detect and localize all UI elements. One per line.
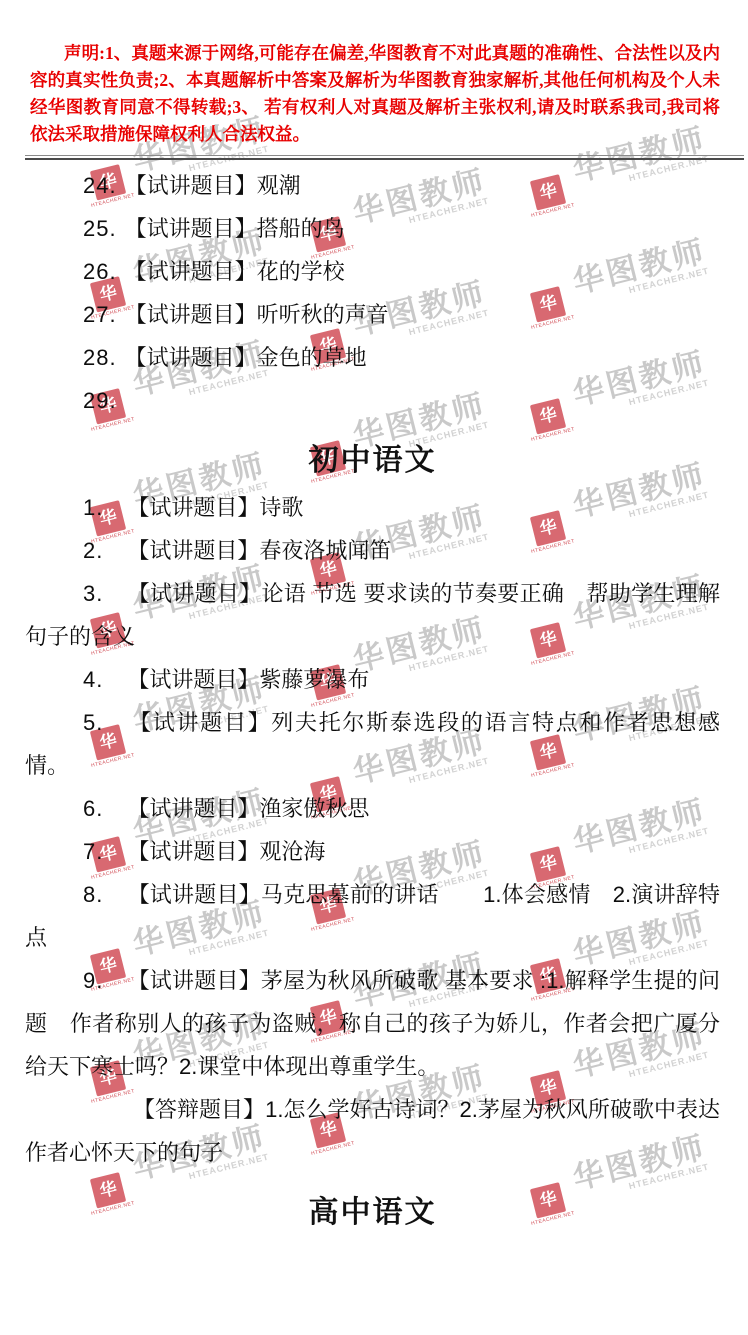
list-item-number: 9. [83,968,103,993]
list-item-tag: 【试讲题目】 [127,581,261,606]
list-item: 8.【试讲题目】马克思墓前的讲话 1.体会感情 2.演讲辞特点 [25,873,720,959]
list-item-tag: 【试讲题目】 [125,345,257,370]
list-item: 4.【试讲题目】紫藤萝瀑布 [25,658,720,701]
list-item-text: 紫藤萝瀑布 [259,667,369,692]
list-item-text: 金色的草地 [257,345,367,370]
list-item-tag: 【试讲题目】 [127,710,271,735]
list-item-tag: 【试讲题目】 [125,259,257,284]
document-content: 声明:1、真题来源于网络,可能存在偏差,华图教育不对此真题的准确性、合法性以及内… [0,40,748,1236]
list-item-number: 27. [83,302,117,327]
list-item: 2.【试讲题目】春夜洛城闻笛 [25,529,720,572]
list-item: 27.【试讲题目】听听秋的声音 [25,293,720,336]
list-item-number: 4. [83,667,103,692]
list-item: 28.【试讲题目】金色的草地 [25,336,720,379]
list-item-number: 6. [83,796,103,821]
list-item-number: 8. [83,882,103,907]
list-item: 29. [25,379,720,422]
list-item-text: 观潮 [257,173,301,198]
list-item: 25.【试讲题目】搭船的鸟 [25,207,720,250]
list-item-tag: 【试讲题目】 [127,968,261,993]
list-item-tag: 【答辩题目】 [133,1097,265,1122]
list-item-text: 诗歌 [259,495,303,520]
list-item-tag: 【试讲题目】 [127,796,259,821]
list-item-tag: 【试讲题目】 [125,216,257,241]
section-divider-line [25,155,744,160]
list-item-text: 渔家傲秋思 [259,796,369,821]
list-item: 26.【试讲题目】花的学校 [25,250,720,293]
list-item-text: 搭船的鸟 [257,216,345,241]
list-item-number: 3. [83,581,103,606]
list-item-tag: 【试讲题目】 [127,839,259,864]
list-item: 7.【试讲题目】观沧海 [25,830,720,873]
list-item: 1.【试讲题目】诗歌 [25,486,720,529]
disclaimer: 声明:1、真题来源于网络,可能存在偏差,华图教育不对此真题的准确性、合法性以及内… [30,40,720,148]
list-item-text: 1.怎么学好古诗词？2.茅屋为秋风所破歌中表达作者心怀天下的句子 [25,1097,720,1165]
section-heading: 高中语文 [25,1190,720,1236]
list-item-tag: 【试讲题目】 [127,538,259,563]
list-item-text: 花的学校 [257,259,345,284]
document-page: 华HTEACHER.NET华图教师HTEACHER.NET华HTEACHER.N… [0,0,748,1335]
list-item-number: 2. [83,538,103,563]
list-item: 5.【试讲题目】列夫托尔斯泰选段的语言特点和作者思想感情。 [25,701,720,787]
list-item-number: 26. [83,259,117,284]
list-item-tag: 【试讲题目】 [127,882,261,907]
list-item: 3.【试讲题目】论语 节选 要求读的节奏要正确 帮助学生理解句子的含义 [25,572,720,658]
list-item-number: 28. [83,345,117,370]
document-body: 24.【试讲题目】观潮25.【试讲题目】搭船的鸟26.【试讲题目】花的学校27.… [25,164,720,1236]
list-item-text: 春夜洛城闻笛 [259,538,391,563]
list-item: 9.【试讲题目】茅屋为秋风所破歌 基本要求 :1.解释学生提的问题 作者称别人的… [25,959,720,1088]
disclaimer-label: 声明: [64,43,105,63]
list-item-tag: 【试讲题目】 [125,173,257,198]
list-item-number: 24. [83,173,117,198]
list-item-number: 5. [83,710,103,735]
list-item-tag: 【试讲题目】 [125,302,257,327]
disclaimer-text: 1、真题来源于网络,可能存在偏差,华图教育不对此真题的准确性、合法性以及内容的真… [30,43,720,144]
list-item: 【答辩题目】1.怎么学好古诗词？2.茅屋为秋风所破歌中表达作者心怀天下的句子 [25,1088,720,1174]
list-item-number: 7. [83,839,103,864]
list-item-tag: 【试讲题目】 [127,667,259,692]
list-item: 24.【试讲题目】观潮 [25,164,720,207]
list-item-tag: 【试讲题目】 [127,495,259,520]
section-heading: 初中语文 [25,438,720,484]
list-item: 6.【试讲题目】渔家傲秋思 [25,787,720,830]
list-item-number: 1. [83,495,103,520]
list-item-number: 29. [83,388,117,413]
list-item-text: 听听秋的声音 [257,302,389,327]
list-item-text: 观沧海 [259,839,325,864]
list-item-number: 25. [83,216,117,241]
